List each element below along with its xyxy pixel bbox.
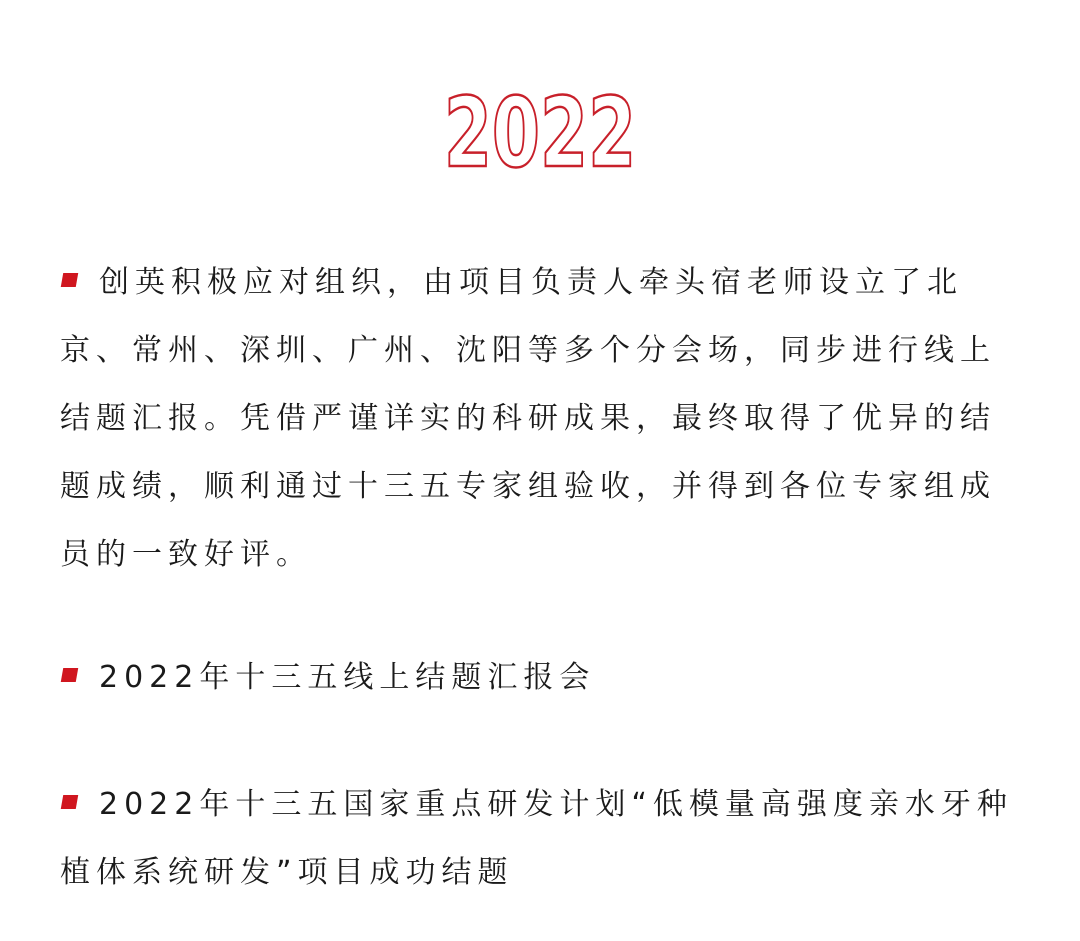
caption-text: 2022年十三五线上结题汇报会 (99, 660, 595, 695)
caption-text: 2022年十三五国家重点研发计划“低模量高强度亲水牙种植体系统研发”项目成功结题 (60, 787, 1013, 890)
paragraph-text: 创英积极应对组织，由项目负责人牵头宿老师设立了北京、常州、深圳、广州、沈阳等多个… (60, 265, 996, 572)
red-square-bullet-icon (61, 668, 78, 682)
caption-project-completion: 2022年十三五国家重点研发计划“低模量高强度亲水牙种植体系统研发”项目成功结题 (60, 771, 1020, 907)
paragraph-project-report: 创英积极应对组织，由项目负责人牵头宿老师设立了北京、常州、深圳、广州、沈阳等多个… (60, 249, 1020, 589)
year-heading: 2022 (151, 78, 929, 188)
red-square-bullet-icon (61, 795, 78, 809)
red-square-bullet-icon (61, 273, 78, 287)
caption-online-report-meeting: 2022年十三五线上结题汇报会 (60, 644, 1020, 712)
